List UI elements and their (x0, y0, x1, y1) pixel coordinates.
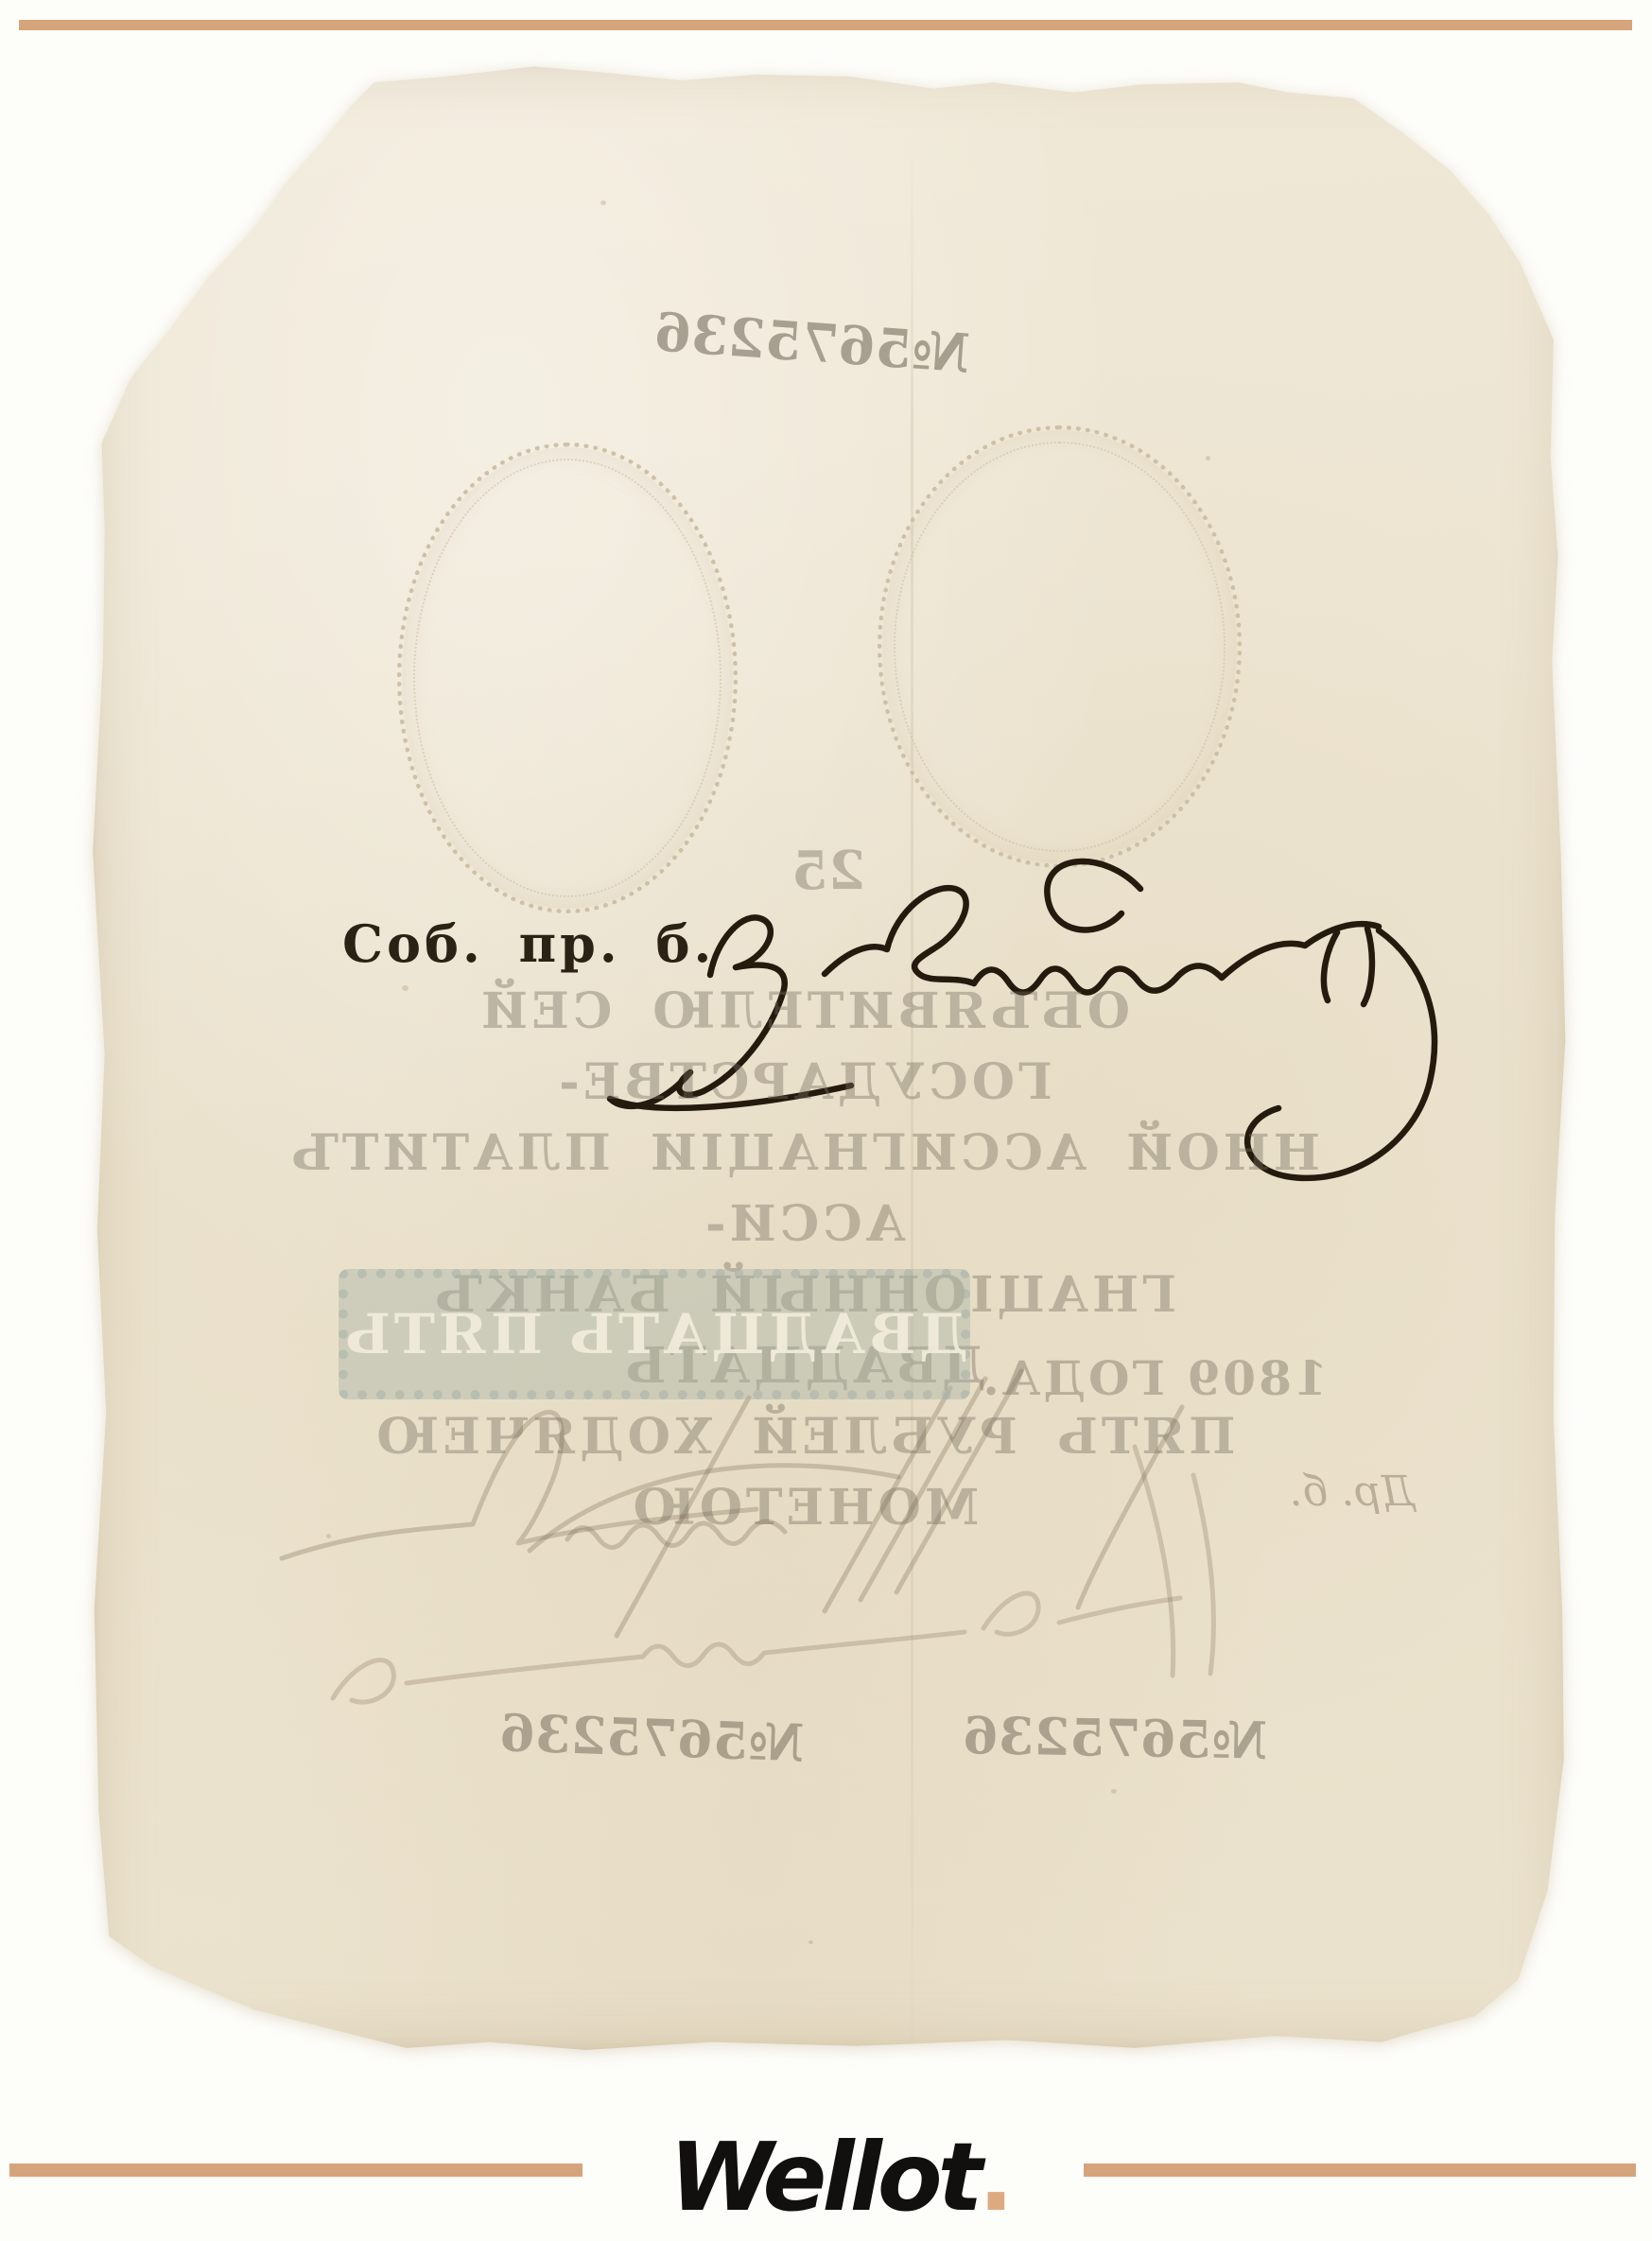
page: №5675236 25 Соб. пр. б. (0, 0, 1652, 2241)
embossed-seal-right-inner-ring (894, 442, 1226, 852)
embossed-seal-left-inner-ring (413, 459, 722, 897)
paper-speck (600, 200, 606, 205)
embossed-seal-left (397, 443, 738, 913)
obligation-line: ННОЙ АССИГНАЦIИ ПЛАТИТЪ АССИ- (246, 1118, 1362, 1259)
obligation-text-mirrored: ОБЪЯВИТЕЛЮ СЕЙ ГОСУДАРСТВЕ- ННОЙ АССИГНА… (246, 976, 1362, 1543)
serial-number-bottom-left-mirrored: №5675236 (510, 1703, 806, 1787)
brand-logo-dot: . (978, 2122, 1014, 2232)
obligation-line: ОБЪЯВИТЕЛЮ СЕЙ ГОСУДАРСТВЕ- (246, 976, 1362, 1118)
year-line-mirrored: 1809 ГОДА. (965, 1350, 1343, 1406)
paper-speck (1206, 456, 1210, 460)
handwritten-prefix: Соб. пр. б. (342, 913, 715, 974)
value-stamp-band: ДВАДЦАТЬ ПЯТЬ (339, 1269, 970, 1399)
top-frame-bar (19, 20, 1632, 30)
paper-speck (1111, 1789, 1117, 1794)
handwritten-note-mirrored: Др. б. (1277, 1468, 1428, 1516)
embossed-seal-right (878, 426, 1242, 868)
obligation-line: ПЯТЬ РУБЛЕЙ ХОДЯЧЕЮ МОНЕТОЮ (246, 1401, 1362, 1543)
brand-logo: Wellot. (662, 2122, 1021, 2232)
value-stamp-text-mirrored: ДВАДЦАТЬ ПЯТЬ (341, 1302, 968, 1366)
brand-wordmark: Wellot (669, 2122, 979, 2232)
serial-number-bottom-right-mirrored: №5675236 (973, 1705, 1267, 1783)
paper-speck (809, 1940, 813, 1944)
denomination-numeral-mirrored: 25 (799, 840, 865, 902)
bottom-frame-bar-left (9, 2163, 583, 2177)
bottom-frame-bar-right (1084, 2163, 1636, 2177)
